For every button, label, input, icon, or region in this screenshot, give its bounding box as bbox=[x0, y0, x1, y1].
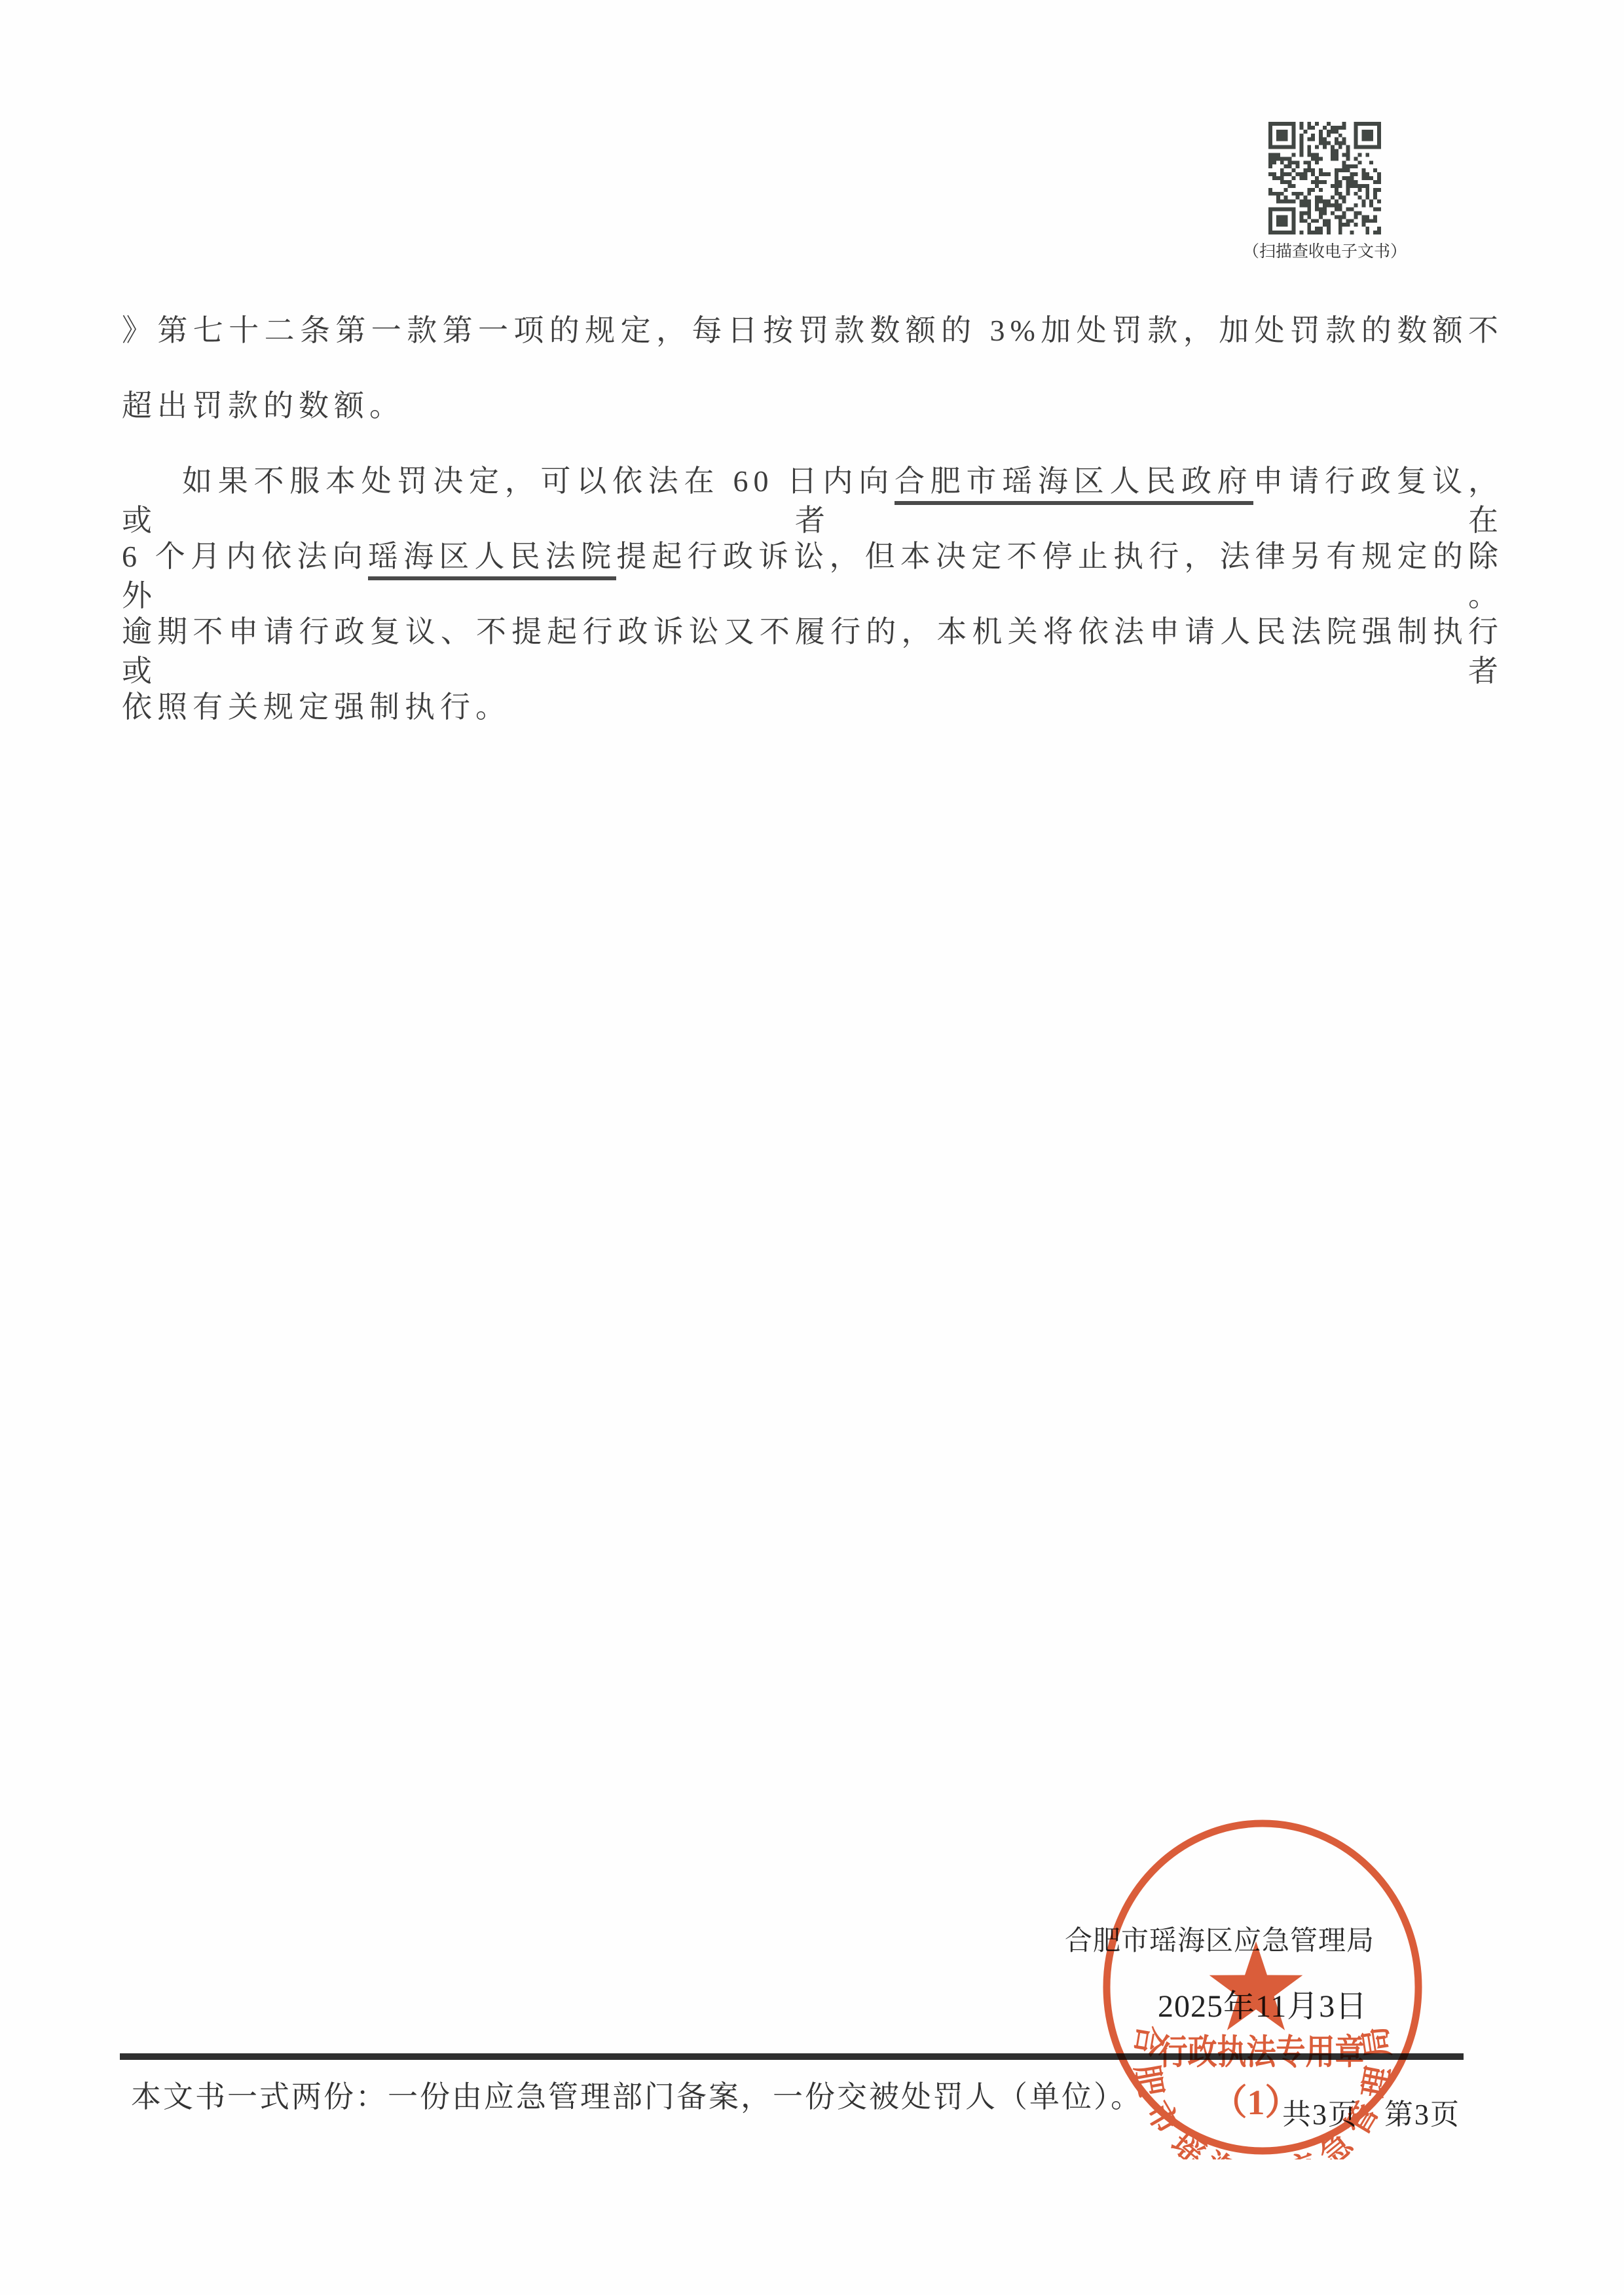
body-line-1: 》第七十二条第一款第一项的规定，每日按罚款数额的 3%加处罚款，加处罚款的数额不 bbox=[122, 311, 1504, 350]
body-line-3-pre: 如果不服本处罚决定，可以依法在 60 日内向 bbox=[182, 464, 895, 498]
body-line-4-pre: 6 个月内依法向 bbox=[122, 540, 368, 573]
seal-bottom-text: 行政执法专用章 bbox=[1158, 2033, 1365, 2072]
qr-caption: （扫描查收电子文书） bbox=[1223, 238, 1426, 262]
body-line-2: 超出罚款的数额。 bbox=[122, 386, 1504, 426]
underlined-court: 瑶海区人民法院 bbox=[368, 540, 616, 580]
footer-note: 本文书一式两份：一份由应急管理部门备案，一份交被处罚人（单位）。 bbox=[131, 2073, 1143, 2116]
body-line-6: 依照有关规定强制执行。 bbox=[122, 688, 1504, 727]
underlined-review-authority: 合肥市瑶海区人民政府 bbox=[895, 464, 1253, 505]
official-seal: 合肥市瑶海区应急管理局 行政执法专用章 （1） bbox=[1101, 1816, 1429, 2159]
qr-code bbox=[1268, 122, 1381, 234]
seal-star-icon bbox=[1209, 1941, 1303, 2030]
body-line-4: 6 个月内依法向瑶海区人民法院提起行政诉讼，但本决定不停止执行，法律另有规定的除… bbox=[122, 537, 1504, 616]
seal-number: （1） bbox=[1212, 2083, 1301, 2122]
body-line-3: 如果不服本处罚决定，可以依法在 60 日内向合肥市瑶海区人民政府申请行政复议，或… bbox=[122, 462, 1504, 540]
scanned-penalty-document-page: （扫描查收电子文书） 》第七十二条第一款第一项的规定，每日按罚款数额的 3%加处… bbox=[0, 0, 1624, 2295]
body-line-5: 逾期不申请行政复议、不提起行政诉讼又不履行的，本机关将依法申请人民法院强制执行或… bbox=[122, 612, 1504, 691]
